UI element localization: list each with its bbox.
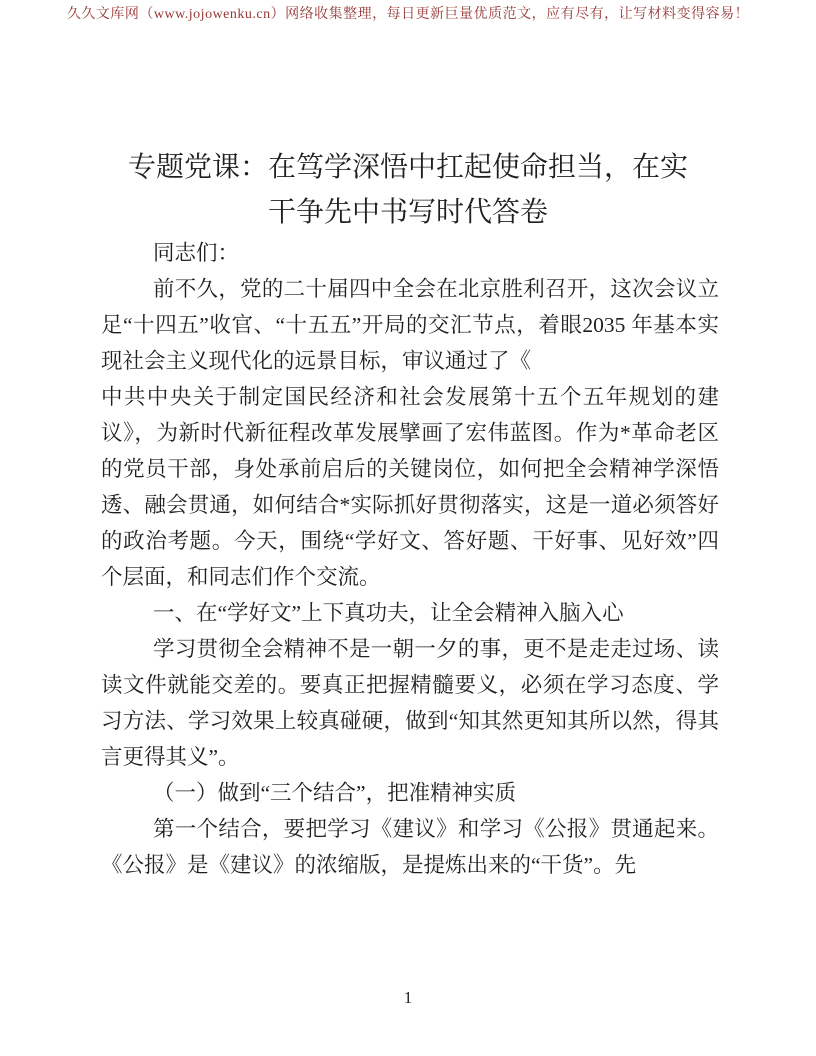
document-page: { "header": { "text": "久久文库网（www.jojowen… [0, 0, 816, 1056]
page-number: 1 [404, 988, 413, 1007]
document-title: 专题党课：在笃学深悟中扛起使命担当，在实干争先中书写时代答卷 [122, 145, 694, 235]
body-paragraph-1: 前不久，党的二十届四中全会在北京胜利召开，这次会议立足“十四五”收官、“十五五”… [101, 271, 719, 379]
body-paragraph-3: 第一个结合，要把学习《建议》和学习《公报》贯通起来。《公报》是《建议》的浓缩版，… [101, 811, 719, 883]
section-heading-1: 一、在“学好文”上下真功夫，让全会精神入脑入心 [101, 595, 719, 631]
document-body: 同志们： 前不久，党的二十届四中全会在北京胜利召开，这次会议立足“十四五”收官、… [101, 235, 719, 883]
body-paragraph-2: 学习贯彻全会精神不是一朝一夕的事，更不是走走过场、读读文件就能交差的。要真正把握… [101, 631, 719, 775]
greeting-line: 同志们： [101, 235, 719, 271]
site-watermark-header: 久久文库网（www.jojowenku.cn）网络收集整理，每日更新巨量优质范文… [0, 0, 816, 24]
page-footer: 1 [0, 986, 816, 1010]
section-heading-1-1: （一）做到“三个结合”，把准精神实质 [101, 775, 719, 811]
body-paragraph-1-continuation: 中共中央关于制定国民经济和社会发展第十五个五年规划的建议》，为新时代新征程改革发… [101, 379, 719, 595]
